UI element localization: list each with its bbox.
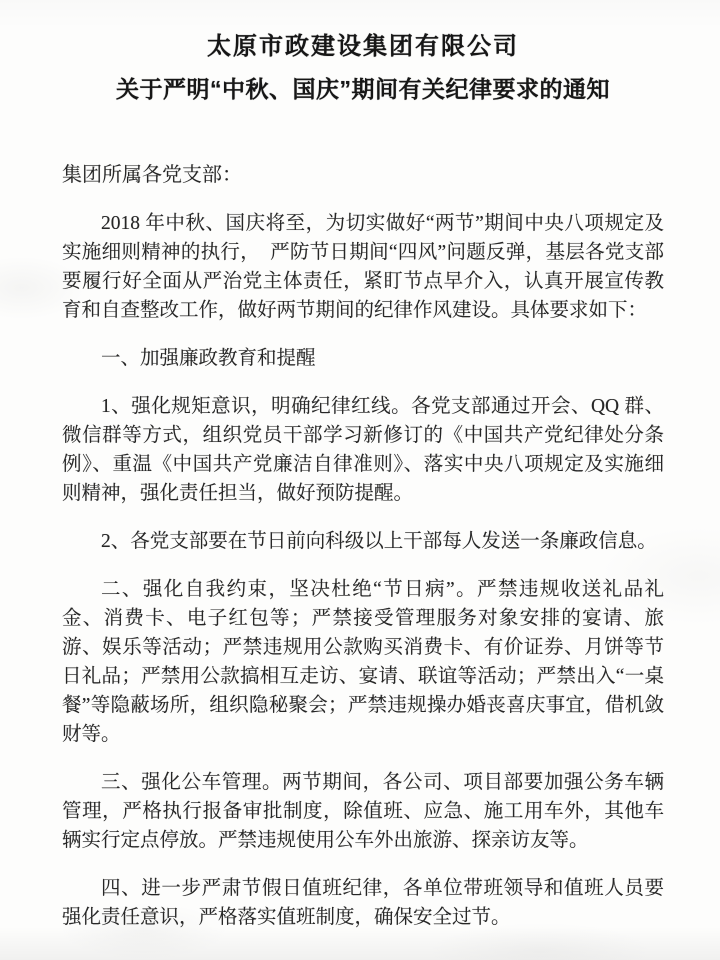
paragraph-section-3: 三、强化公车管理。两节期间，各公司、项目部要加强公务车辆管理，严格执行报备审批制… <box>62 768 664 855</box>
doc-title-line1: 太原市政建设集团有限公司 <box>62 30 664 64</box>
paragraph-item-1-1: 1、强化规矩意识，明确纪律红线。各党支部通过开会、QQ 群、微信群等方式，组织党… <box>62 392 664 508</box>
paragraph-item-1-2: 2、各党支部要在节日前向科级以上干部每人发送一条廉政信息。 <box>62 527 664 556</box>
paragraph-section-4: 四、进一步严肃节假日值班纪律，各单位带班领导和值班人员要强化责任意识，严格落实值… <box>62 874 664 932</box>
paragraph-section-2: 二、强化自我约束，坚决杜绝“节日病”。严禁违规收送礼品礼金、消费卡、电子红包等；… <box>62 575 664 749</box>
heading-section-1: 一、加强廉政教育和提醒 <box>62 344 664 373</box>
salutation: 集团所属各党支部： <box>62 160 664 190</box>
scanned-notice-page: 太原市政建设集团有限公司 关于严明“中秋、国庆”期间有关纪律要求的通知 集团所属… <box>0 0 720 960</box>
paragraph-intro: 2018 年中秋、国庆将至，为切实做好“两节”期间中央八项规定及实施细则精神的执… <box>62 209 664 325</box>
doc-title-line2: 关于严明“中秋、国庆”期间有关纪律要求的通知 <box>62 72 664 106</box>
